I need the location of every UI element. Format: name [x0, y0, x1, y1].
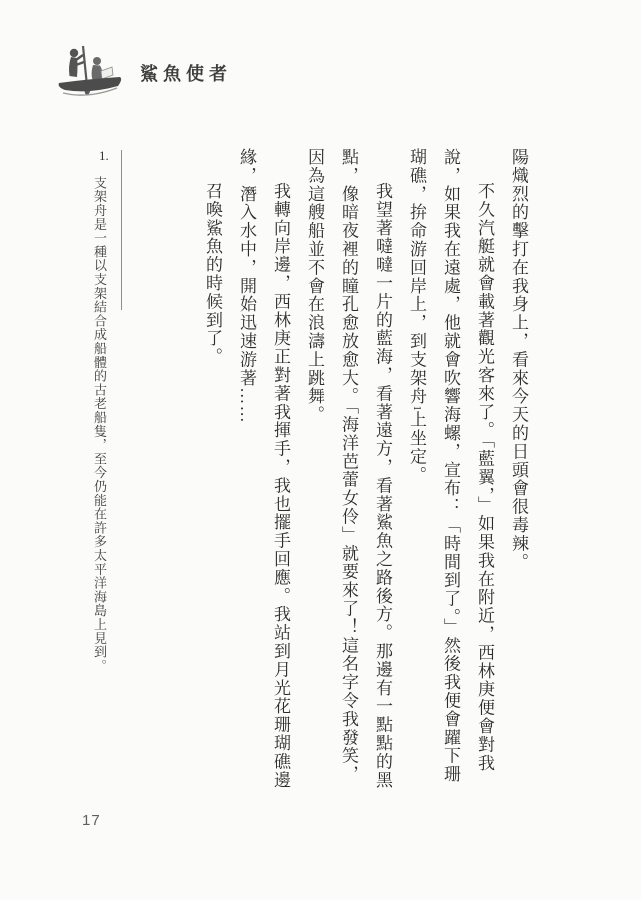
publisher-logo	[56, 44, 124, 102]
paragraph-2: 不久汽艇就會載著觀光客來了。「藍翼，」如果我在附近，西林庚便會對我說，如果我在遠…	[399, 148, 501, 794]
paragraph-1: 陽熾烈的擊打在我身上，看來今天的日頭會很毒辣。	[501, 148, 535, 794]
main-text-block: 陽熾烈的擊打在我身上，看來今天的日頭會很毒辣。 不久汽艇就會載著觀光客來了。「藍…	[183, 148, 535, 794]
footnote-divider-rule	[121, 150, 122, 310]
book-page: 鯊魚使者 陽熾烈的擊打在我身上，看來今天的日頭會很毒辣。 不久汽艇就會載著觀光客…	[0, 0, 641, 900]
footnote-text: 支架舟是一種以支架結合成船體的古老船隻，至今仍能在許多太平洋海島上見到。	[84, 176, 114, 706]
book-title: 鯊魚使者	[140, 60, 232, 86]
paragraph-5: 召喚鯊魚的時候到了。	[195, 148, 229, 794]
outrigger-canoe-icon	[56, 44, 124, 102]
paragraph-4: 我轉向岸邊，西林庚正對著我揮手，我也擺手回應。我站到月光花珊瑚礁邊緣，潛入水中，…	[229, 148, 297, 794]
page-header: 鯊魚使者	[56, 44, 232, 102]
footnote-number: 1.	[99, 148, 109, 164]
paragraph-3: 我望著噠噠一片的藍海，看著遠方，看著鯊魚之路後方。那邊有一點點的黑點，像暗夜裡的…	[297, 148, 399, 794]
paragraph-2-text-b: 上坐定。	[407, 411, 426, 485]
page-number: 17	[82, 812, 101, 829]
